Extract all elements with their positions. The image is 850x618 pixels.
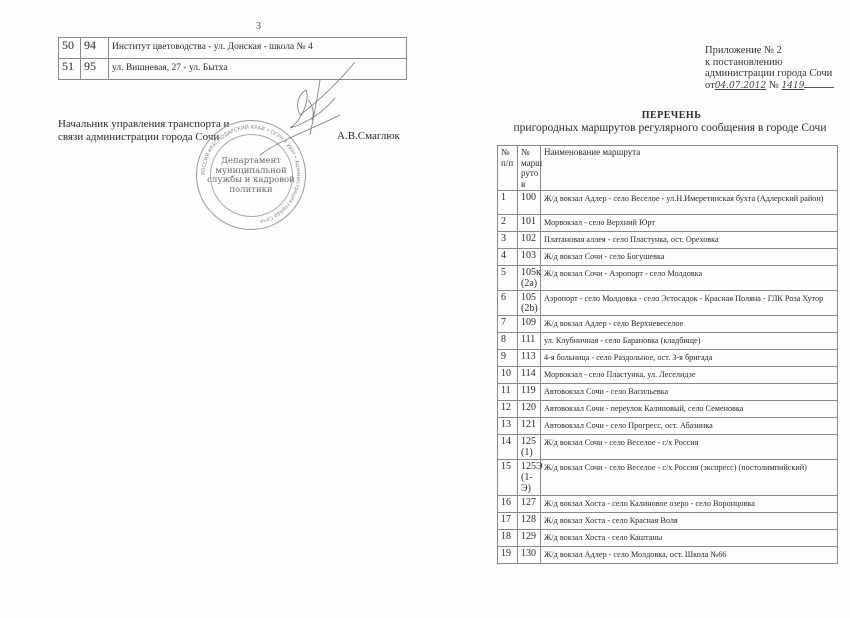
table-row: 2101Морвокзал - село Верхний Юрт (498, 215, 838, 232)
route-number: 121 (518, 418, 541, 435)
table-row: 8111ул. Клубничная - село Барановка (кла… (498, 333, 838, 350)
route-number: 119 (518, 384, 541, 401)
table-row: 12120Автовокзал Сочи - переулок Калиновы… (498, 401, 838, 418)
route-number: 129 (518, 530, 541, 547)
route-number: 128 (518, 513, 541, 530)
row-number: 15 (498, 460, 518, 496)
row-number: 3 (498, 232, 518, 249)
row-number: 8 (498, 333, 518, 350)
route-number: 109 (518, 316, 541, 333)
route-number: 111 (518, 333, 541, 350)
route-name: Ж/д вокзал Сочи - село Богушевка (541, 249, 838, 266)
table-row: 18129Ж/д вокзал Хоста - село Каштаны (498, 530, 838, 547)
row-number: 5 (498, 266, 518, 291)
appendix-line1: Приложение № 2 (705, 45, 834, 57)
route-name: Ж/д вокзал Адлер - село Молдовка, ост. Ш… (541, 547, 838, 564)
table-row: 16127Ж/д вокзал Хоста - село Калиновое о… (498, 496, 838, 513)
row-number: 13 (498, 418, 518, 435)
table-row: 14125(1)Ж/д вокзал Сочи - село Веселое -… (498, 435, 838, 460)
table-row: 13121Автовокзал Сочи - село Прогресс, ос… (498, 418, 838, 435)
route-number: 113 (518, 350, 541, 367)
appendix-line2: к постановлению (705, 57, 834, 69)
table-row: 15125Э(1-Э)Ж/д вокзал Сочи - село Весело… (498, 460, 838, 496)
row-number: 16 (498, 496, 518, 513)
route-name: Ж/д вокзал Адлер - село Верхневеселое (541, 316, 838, 333)
table-row: 19130Ж/д вокзал Адлер - село Молдовка, о… (498, 547, 838, 564)
row-number: 19 (498, 547, 518, 564)
row-number: 6 (498, 291, 518, 316)
row-number: 11 (498, 384, 518, 401)
route-number: 101 (518, 215, 541, 232)
row-number: 7 (498, 316, 518, 333)
header-route: №маршрутов (518, 146, 541, 191)
row-number: 14 (498, 435, 518, 460)
header-number: №п/п (498, 146, 518, 191)
routes-table-header: №п/п №маршрутов Наименование маршрута (498, 146, 838, 191)
table-row: 3102Платановая аллея - село Пластунка, о… (498, 232, 838, 249)
table-row: 91134-я больница - село Раздольное, ост.… (498, 350, 838, 367)
route-name: Ж/д вокзал Сочи - село Веселое - с/х Рос… (541, 435, 838, 460)
route-number: 102 (518, 232, 541, 249)
table-row: 6105(2b)Аэропорт - село Молдовка - село … (498, 291, 838, 316)
route-number: 105к(2а) (518, 266, 541, 291)
number-prefix: № (769, 80, 779, 91)
route-number: 125Э(1-Э) (518, 460, 541, 496)
row-number: 12 (498, 401, 518, 418)
route-name: Аэропорт - село Молдовка - село Эстосадо… (541, 291, 838, 316)
route-name: Институт цветоводства - ул. Донская - шк… (109, 38, 407, 59)
route-number: 127 (518, 496, 541, 513)
table-row: 1100Ж/д вокзал Адлер - село Веселое - ул… (498, 191, 838, 215)
route-name: Автовокзал Сочи - село Васильевка (541, 384, 838, 401)
decree-number: 1419 (782, 81, 805, 91)
row-number: 10 (498, 367, 518, 384)
page-number: 3 (256, 21, 261, 32)
row-number: 9 (498, 350, 518, 367)
table-row: 7109Ж/д вокзал Адлер - село Верхневесело… (498, 316, 838, 333)
table-row: 5094Институт цветоводства - ул. Донская … (59, 38, 407, 59)
route-name: Морвокзал - село Верхний Юрт (541, 215, 838, 232)
table-row: 17128Ж/д вокзал Хоста - село Красная Вол… (498, 513, 838, 530)
route-name: Морвокзал - село Пластунка, ул. Леселидз… (541, 367, 838, 384)
row-number: 4 (498, 249, 518, 266)
handwritten-signature-icon (240, 60, 360, 160)
route-number: 103 (518, 249, 541, 266)
route-name: Автовокзал Сочи - переулок Калиновый, се… (541, 401, 838, 418)
table-row: 11119Автовокзал Сочи - село Васильевка (498, 384, 838, 401)
row-number: 51 (59, 59, 81, 80)
route-name: Ж/д вокзал Хоста - село Каштаны (541, 530, 838, 547)
route-number: 114 (518, 367, 541, 384)
document-subtitle: пригородных маршрутов регулярного сообще… (480, 122, 850, 134)
row-number: 17 (498, 513, 518, 530)
route-name: Ж/д вокзал Сочи - село Веселое - с/х Рос… (541, 460, 838, 496)
route-name: Автовокзал Сочи - село Прогресс, ост. Аб… (541, 418, 838, 435)
route-name: Ж/д вокзал Сочи - Аэропорт - село Молдов… (541, 266, 838, 291)
route-name: 4-я больница - село Раздольное, ост. 3-я… (541, 350, 838, 367)
row-number: 1 (498, 191, 518, 215)
route-number: 100 (518, 191, 541, 215)
row-number: 2 (498, 215, 518, 232)
routes-table: №п/п №маршрутов Наименование маршрута 11… (497, 145, 838, 564)
appendix-date-line: от04.07.2012 № 1419 (705, 80, 834, 93)
appendix-header: Приложение № 2 к постановлению администр… (705, 45, 834, 92)
route-number: 130 (518, 547, 541, 564)
table-row: 5105к(2а)Ж/д вокзал Сочи - Аэропорт - се… (498, 266, 838, 291)
decree-date: 04.07.2012 (715, 81, 767, 91)
row-number: 18 (498, 530, 518, 547)
table-row: 4103Ж/д вокзал Сочи - село Богушевка (498, 249, 838, 266)
route-name: Ж/д вокзал Хоста - село Красная Воля (541, 513, 838, 530)
row-number: 50 (59, 38, 81, 59)
route-number: 105(2b) (518, 291, 541, 316)
table-row: 10114Морвокзал - село Пластунка, ул. Лес… (498, 367, 838, 384)
route-name: ул. Клубничная - село Барановка (кладбищ… (541, 333, 838, 350)
stamp-center-text: Департаментмуниципальнойслужбы и кадрово… (197, 157, 305, 195)
route-name: Ж/д вокзал Адлер - село Веселое - ул.Н.И… (541, 191, 838, 215)
route-name: Платановая аллея - село Пластунка, ост. … (541, 232, 838, 249)
route-name: Ж/д вокзал Хоста - село Калиновое озеро … (541, 496, 838, 513)
route-number: 125(1) (518, 435, 541, 460)
appendix-line3: администрации города Сочи (705, 68, 834, 80)
route-number: 120 (518, 401, 541, 418)
route-number: 94 (81, 38, 109, 59)
document-title: ПЕРЕЧЕНЬ (497, 110, 846, 121)
date-prefix: от (705, 80, 715, 91)
route-number: 95 (81, 59, 109, 80)
header-name: Наименование маршрута (541, 146, 838, 191)
